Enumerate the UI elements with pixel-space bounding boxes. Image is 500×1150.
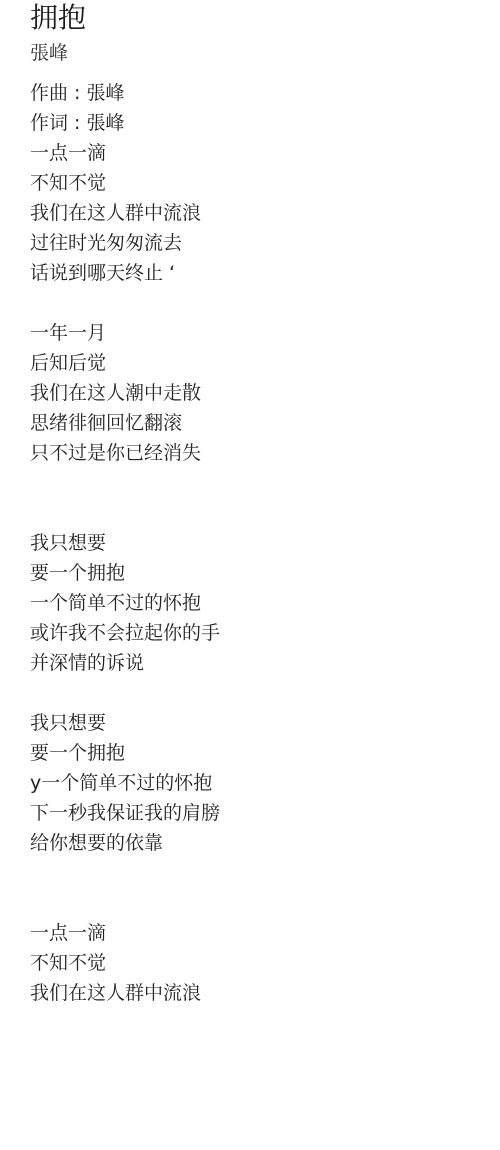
lyric-line: 给你想要的依靠 (30, 828, 220, 858)
lyric-line: 我们在这人潮中走散 (30, 378, 220, 408)
lyric-line: 思绪徘徊回忆翻滚 (30, 408, 220, 438)
lyrics-body: 作曲 : 張峰 作词 : 張峰 一点一滴 不知不觉 我们在这人群中流浪 过往时光… (30, 78, 220, 1008)
lyric-line: 一点一滴 (30, 918, 220, 948)
lyric-line (30, 888, 220, 918)
lyric-line: 不知不觉 (30, 948, 220, 978)
lyric-line: 话说到哪天终止 ‘ (30, 258, 220, 288)
artist-name: 張峰 (30, 41, 68, 65)
lyric-line: 我们在这人群中流浪 (30, 198, 220, 228)
lyric-line: 作曲 : 張峰 (30, 78, 220, 108)
lyric-line: 一个简单不过的怀抱 (30, 588, 220, 618)
lyric-line (30, 498, 220, 528)
lyric-line: 或许我不会拉起你的手 (30, 618, 220, 648)
lyric-line: 过往时光匆匆流去 (30, 228, 220, 258)
lyric-line: 一点一滴 (30, 138, 220, 168)
lyric-line (30, 288, 220, 318)
lyric-line: 我只想要 (30, 708, 220, 738)
lyric-line: 要一个拥抱 (30, 558, 220, 588)
lyric-line: 不知不觉 (30, 168, 220, 198)
lyric-line: 下一秒我保证我的肩膀 (30, 798, 220, 828)
lyric-line: y一个简单不过的怀抱 (30, 768, 220, 798)
lyric-line: 我只想要 (30, 528, 220, 558)
lyric-line: 一年一月 (30, 318, 220, 348)
lyric-line: 要一个拥抱 (30, 738, 220, 768)
lyric-line: 后知后觉 (30, 348, 220, 378)
lyric-line: 作词 : 張峰 (30, 108, 220, 138)
lyric-line: 并深情的诉说 (30, 648, 220, 678)
lyric-line (30, 858, 220, 888)
lyric-line: 我们在这人群中流浪 (30, 978, 220, 1008)
lyric-line (30, 678, 220, 708)
song-title: 拥抱 (30, 1, 86, 35)
lyric-line: 只不过是你已经消失 (30, 438, 220, 468)
lyric-line (30, 468, 220, 498)
